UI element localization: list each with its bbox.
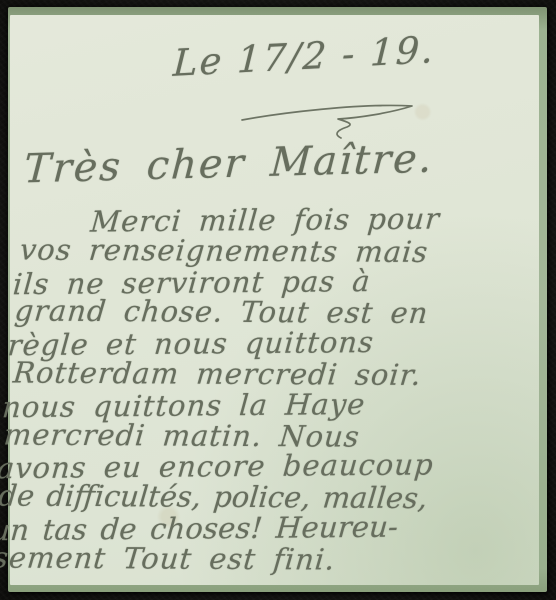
letter-line: sement Tout est fini. [0,542,495,576]
letter-date: Le 17/2 - 19. [172,28,436,85]
letter-body: Merci mille fois pour vos renseignements… [0,205,525,577]
letter-line: Rotterdam mercredi soir. [12,357,512,391]
letter-salutation: Très cher Maître. [23,136,435,193]
letter-paper: Le 17/2 - 19. Très cher Maître. Merci mi… [10,15,539,585]
photo-backdrop: Le 17/2 - 19. Très cher Maître. Merci mi… [0,0,556,600]
letter-card-edge: Le 17/2 - 19. Très cher Maître. Merci mi… [8,7,547,592]
letter-line: grand chose. Tout est en [13,296,517,330]
letter-line: de difficultés, police, malles, [0,481,501,515]
letter-line: vos renseignements mais [19,234,523,268]
